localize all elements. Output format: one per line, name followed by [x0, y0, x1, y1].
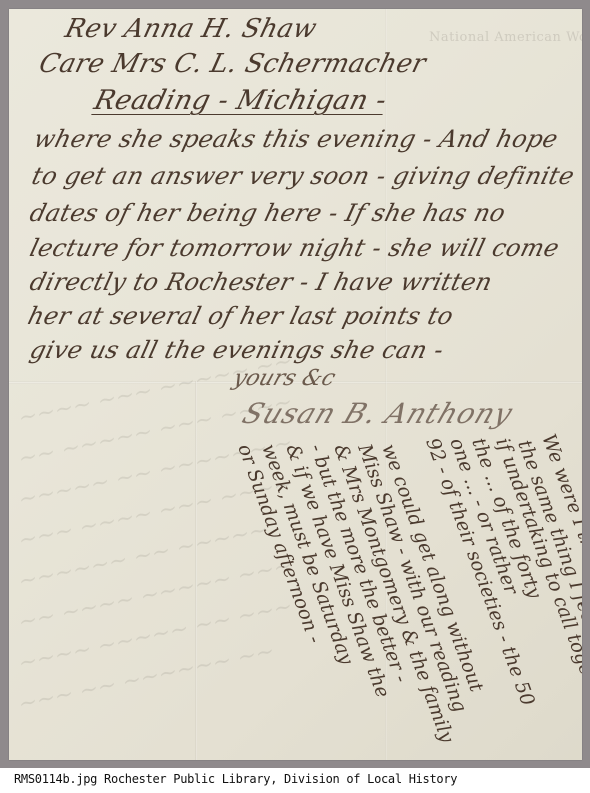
- signature: Susan B. Anthony: [238, 397, 518, 430]
- body-line-1: where she speaks this evening - And hope: [31, 125, 561, 153]
- body-line-3: dates of her being here - If she has no: [27, 199, 508, 227]
- cross-written-postscript: We were I think it the same thing I feel…: [222, 431, 582, 760]
- faint-letterhead: National American Woman Suffrage Associa…: [429, 30, 582, 45]
- body-line-4: lecture for tomorrow night - she will co…: [27, 234, 562, 262]
- body-line-7: give us all the evenings she can -: [27, 336, 447, 364]
- address-line-2: Care Mrs C. L. Schermacher: [36, 49, 429, 79]
- letter-page: National American Woman Suffrage Associa…: [9, 9, 582, 760]
- body-line-6: her at several of her last points to: [25, 302, 456, 330]
- body-line-5: directly to Rochester - I have written: [27, 268, 495, 296]
- body-line-2: to get an answer very soon - giving defi…: [29, 162, 577, 190]
- address-line-1: Rev Anna H. Shaw: [62, 14, 320, 44]
- letter-closing: yours &c: [230, 366, 339, 391]
- scan-frame: National American Woman Suffrage Associa…: [0, 0, 590, 768]
- image-caption: RMS0114b.jpg Rochester Public Library, D…: [14, 772, 457, 786]
- address-line-3: Reading - Michigan -: [91, 85, 390, 116]
